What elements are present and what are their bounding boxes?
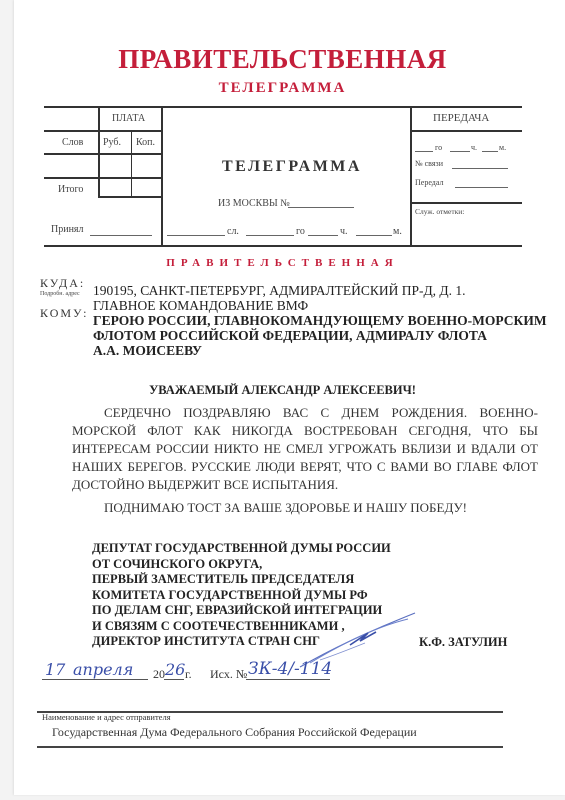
recipient-line-2: ФЛОТОМ РОССИЙСКОЙ ФЕДЕРАЦИИ, АДМИРАЛУ ФЛ…	[93, 328, 487, 344]
toast-line: ПОДНИМАЮ ТОСТ ЗА ВАШЕ ЗДОРОВЬЕ И НАШУ ПО…	[104, 500, 467, 516]
words-suffix: сл.	[227, 226, 239, 237]
detail-address-label: Подробн. адрес	[40, 291, 80, 297]
trans-day-suffix: го	[435, 143, 442, 152]
day-field[interactable]	[246, 235, 294, 236]
signatory-name: К.Ф. ЗАТУЛИН	[419, 635, 507, 650]
date-field	[42, 679, 148, 680]
hour-field[interactable]	[308, 235, 338, 236]
government-stripe-label: ПРАВИТЕЛЬСТВЕННАЯ	[0, 257, 565, 269]
to-label: КОМУ:	[40, 306, 88, 321]
words-label: Слов	[62, 137, 83, 148]
year-unit: г.	[185, 667, 192, 682]
outgoing-ref-number: ЗК-4/-114	[248, 659, 332, 679]
sent-field[interactable]	[455, 187, 508, 188]
title-line: ДЕПУТАТ ГОСУДАРСТВЕННОЙ ДУМЫ РОССИИ	[92, 541, 391, 557]
date-day: 17	[45, 660, 65, 679]
day-suffix: го	[296, 226, 305, 237]
total-label: Итого	[58, 184, 83, 195]
rub-label: Руб.	[103, 137, 121, 148]
recipient-line-3: А.А. МОИСЕЕВУ	[93, 343, 202, 359]
trans-min-suffix: м.	[499, 143, 506, 152]
service-marks-label: Служ. отметки:	[415, 207, 464, 216]
from-moscow-label: ИЗ МОСКВЫ №	[218, 198, 290, 209]
kop-label: Коп.	[136, 137, 155, 148]
link-label: № связи	[415, 159, 443, 168]
greeting: УВАЖАЕМЫЙ АЛЕКСАНДР АЛЕКСЕЕВИЧ!	[0, 383, 565, 398]
title-line: ПЕРВЫЙ ЗАМЕСТИТЕЛЬ ПРЕДСЕДАТЕЛЯ	[92, 572, 391, 588]
words-count-field[interactable]	[167, 235, 225, 236]
transmission-header: ПЕРЕДАЧА	[433, 112, 489, 124]
title-line: ОТ СОЧИНСКОГО ОКРУГА,	[92, 557, 391, 573]
ref-field	[246, 679, 330, 680]
link-field[interactable]	[452, 168, 508, 169]
letter-body: СЕРДЕЧНО ПОЗДРАВЛЯЮ ВАС С ДНЕМ РОЖДЕНИЯ.…	[72, 404, 538, 494]
received-field[interactable]	[90, 235, 152, 236]
outgoing-ref-label: Исх. №	[210, 667, 247, 682]
document-subtitle: ТЕЛЕГРАММА	[0, 80, 565, 97]
address-line-1: 190195, САНКТ-ПЕТЕРБУРГ, АДМИРАЛТЕЙСКИЙ …	[93, 283, 466, 299]
year-field	[164, 679, 184, 680]
year-suffix: 26	[165, 660, 185, 679]
where-label: КУДА:	[40, 276, 85, 291]
date-month: апреля	[73, 660, 133, 679]
from-number-field[interactable]	[288, 207, 354, 208]
form-center-title: ТЕЛЕГРАММА	[222, 158, 362, 176]
trans-day-field[interactable]	[415, 151, 433, 152]
document-title: ПРАВИТЕЛЬСТВЕННАЯ	[0, 44, 565, 75]
sender-label: Наименование и адрес отправителя	[42, 712, 171, 722]
recipient-line-1: ГЕРОЮ РОССИИ, ГЛАВНОКОМАНДУЮЩЕМУ ВОЕННО-…	[93, 313, 547, 329]
sent-label: Передал	[415, 178, 443, 187]
trans-hour-suffix: ч.	[471, 143, 477, 152]
title-line: КОМИТЕТА ГОСУДАРСТВЕННОЙ ДУМЫ РФ	[92, 588, 391, 604]
received-label: Принял	[51, 224, 84, 235]
minute-field[interactable]	[356, 235, 392, 236]
minute-suffix: м.	[393, 226, 402, 237]
trans-hour-field[interactable]	[450, 151, 470, 152]
payment-header: ПЛАТА	[112, 113, 145, 124]
address-line-2: ГЛАВНОЕ КОМАНДОВАНИЕ ВМФ	[93, 298, 308, 314]
sender-bottom-rule	[37, 746, 503, 748]
sender-value: Государственная Дума Федерального Собран…	[52, 725, 417, 740]
trans-min-field[interactable]	[482, 151, 498, 152]
hour-suffix: ч.	[340, 226, 348, 237]
